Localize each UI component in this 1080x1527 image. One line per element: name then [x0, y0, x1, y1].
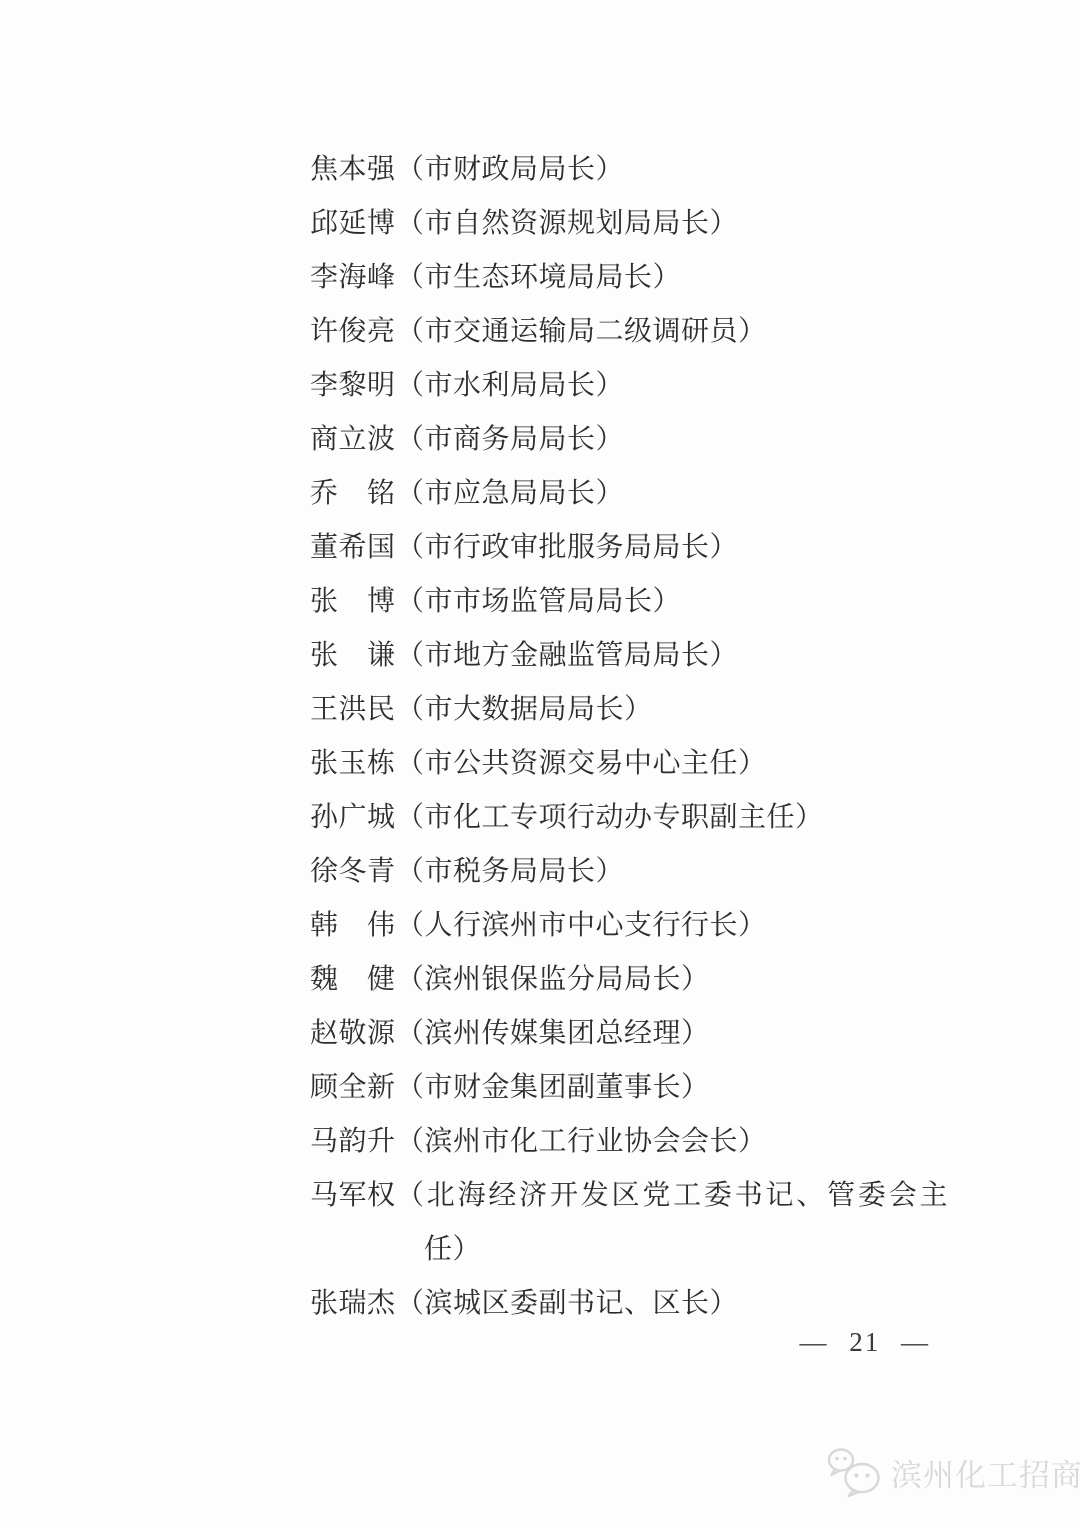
person-name: 张瑞杰 — [310, 1277, 396, 1331]
person-name: 焦本强 — [310, 143, 396, 197]
document-page: 焦本强 （市财政局局长） 邱延博 （市自然资源规划局局长） 李海峰 （市生态环境… — [0, 0, 1080, 1527]
roster-entry: 张瑞杰 （滨城区委副书记、区长） — [310, 1277, 948, 1331]
person-name: 马军权 — [310, 1169, 396, 1223]
person-name: 商立波 — [310, 413, 396, 467]
person-name: 魏 健 — [310, 953, 396, 1007]
person-role: （北海经济开发区党工委书记、管委会主任） — [396, 1169, 948, 1277]
roster-entry: 韩 伟 （人行滨州市中心支行行长） — [310, 899, 948, 953]
person-role: （市大数据局局长） — [396, 683, 948, 737]
person-role: （市商务局局长） — [396, 413, 948, 467]
person-role: （市水利局局长） — [396, 359, 948, 413]
roster-list: 焦本强 （市财政局局长） 邱延博 （市自然资源规划局局长） 李海峰 （市生态环境… — [310, 143, 948, 1331]
roster-entry: 李海峰 （市生态环境局局长） — [310, 251, 948, 305]
person-name: 张 博 — [310, 575, 396, 629]
person-role: （市财金集团副董事长） — [396, 1061, 948, 1115]
roster-entry: 王洪民 （市大数据局局长） — [310, 683, 948, 737]
person-role: （市地方金融监管局局长） — [396, 629, 948, 683]
person-role: （滨州银保监分局局长） — [396, 953, 948, 1007]
person-role: （市自然资源规划局局长） — [396, 197, 948, 251]
person-role: （市生态环境局局长） — [396, 251, 948, 305]
person-name: 张 谦 — [310, 629, 396, 683]
roster-entry: 张 博 （市市场监管局局长） — [310, 575, 948, 629]
person-name: 李海峰 — [310, 251, 396, 305]
watermark: 滨州化工招商 — [826, 1446, 1080, 1498]
person-role: （市市场监管局局长） — [396, 575, 948, 629]
roster-entry: 焦本强 （市财政局局长） — [310, 143, 948, 197]
roster-entry: 赵敬源 （滨州传媒集团总经理） — [310, 1007, 948, 1061]
person-role: （市化工专项行动办专职副主任） — [396, 791, 948, 845]
roster-entry: 魏 健 （滨州银保监分局局长） — [310, 953, 948, 1007]
person-name: 王洪民 — [310, 683, 396, 737]
roster-entry: 张玉栋 （市公共资源交易中心主任） — [310, 737, 948, 791]
person-name: 许俊亮 — [310, 305, 396, 359]
person-role: （市应急局局长） — [396, 467, 948, 521]
roster-entry: 马军权 （北海经济开发区党工委书记、管委会主任） — [310, 1169, 948, 1277]
person-name: 徐冬青 — [310, 845, 396, 899]
person-role: （市税务局局长） — [396, 845, 948, 899]
watermark-label: 滨州化工招商 — [891, 1450, 1080, 1495]
person-role: （市公共资源交易中心主任） — [396, 737, 948, 791]
person-role: （滨州传媒集团总经理） — [396, 1007, 948, 1061]
person-name: 赵敬源 — [310, 1007, 396, 1061]
person-name: 董希国 — [310, 521, 396, 575]
person-role: （人行滨州市中心支行行长） — [396, 899, 948, 953]
person-name: 顾全新 — [310, 1061, 396, 1115]
person-name: 乔 铭 — [310, 467, 396, 521]
page-number: — 21 — — [800, 1327, 931, 1358]
roster-entry: 商立波 （市商务局局长） — [310, 413, 948, 467]
roster-entry: 孙广城 （市化工专项行动办专职副主任） — [310, 791, 948, 845]
roster-entry: 马韵升 （滨州市化工行业协会会长） — [310, 1115, 948, 1169]
person-role: （滨城区委副书记、区长） — [396, 1277, 948, 1331]
roster-entry: 李黎明 （市水利局局长） — [310, 359, 948, 413]
roster-entry: 董希国 （市行政审批服务局局长） — [310, 521, 948, 575]
roster-entry: 许俊亮 （市交通运输局二级调研员） — [310, 305, 948, 359]
roster-entry: 徐冬青 （市税务局局长） — [310, 845, 948, 899]
person-role: （市行政审批服务局局长） — [396, 521, 948, 575]
roster-entry: 顾全新 （市财金集团副董事长） — [310, 1061, 948, 1115]
person-name: 孙广城 — [310, 791, 396, 845]
person-role: （市财政局局长） — [396, 143, 948, 197]
roster-entry: 张 谦 （市地方金融监管局局长） — [310, 629, 948, 683]
person-name: 李黎明 — [310, 359, 396, 413]
person-role: （滨州市化工行业协会会长） — [396, 1115, 948, 1169]
roster-entry: 乔 铭 （市应急局局长） — [310, 467, 948, 521]
wechat-icon — [826, 1446, 882, 1498]
roster-entry: 邱延博 （市自然资源规划局局长） — [310, 197, 948, 251]
person-name: 张玉栋 — [310, 737, 396, 791]
person-role: （市交通运输局二级调研员） — [396, 305, 948, 359]
person-name: 马韵升 — [310, 1115, 396, 1169]
person-name: 韩 伟 — [310, 899, 396, 953]
person-name: 邱延博 — [310, 197, 396, 251]
